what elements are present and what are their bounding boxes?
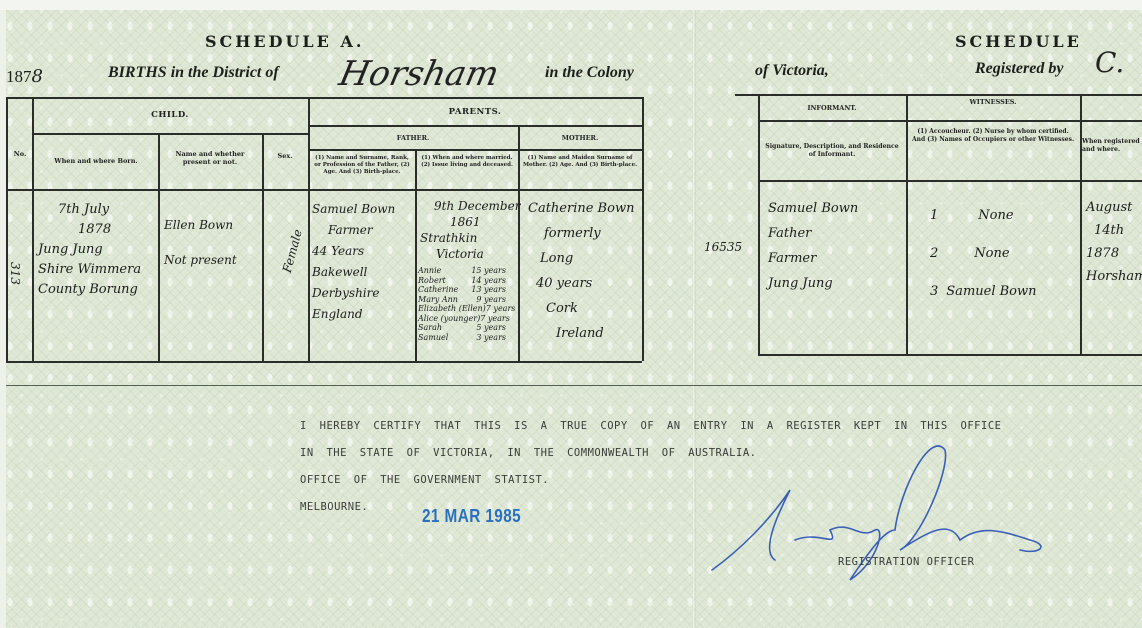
marriage-year: 1861: [420, 214, 520, 230]
registered-day: 14th: [1086, 219, 1142, 242]
issue-age: 3 years: [476, 333, 506, 343]
col-header-informant: INFORMANT.: [758, 104, 906, 112]
informant-occupation: Farmer: [768, 246, 858, 271]
issue-item: Sarah5 years: [418, 323, 506, 333]
right-table-bottom: [758, 354, 1142, 356]
issue-item: Alice (younger)7 years: [418, 314, 506, 324]
birth-date-place: 7th July 1878 Jung Jung Shire Wimmera Co…: [38, 200, 141, 300]
father-birthplace-town: Bakewell: [312, 262, 395, 283]
col-header-marriage: (1) When and where married. (2) Issue li…: [418, 155, 516, 169]
issue-name: Annie: [418, 266, 441, 276]
issue-name: Elizabeth (Ellen): [418, 304, 486, 314]
child-name-present: Ellen Bown Not present: [164, 216, 237, 270]
registered-year: 1878: [1086, 242, 1142, 265]
table-top-border: [6, 97, 642, 99]
issue-name: Mary Ann: [418, 295, 458, 305]
birth-shire: Shire Wimmera: [38, 260, 141, 280]
right-divider: [758, 120, 1142, 122]
birth-place: Jung Jung: [38, 240, 141, 260]
col-line: [415, 149, 417, 361]
issue-name: Robert: [418, 276, 446, 286]
col-line: [906, 94, 908, 354]
witness-number: 2: [930, 246, 938, 261]
witnesses-list: 1None 2None 3Samuel Bown: [930, 197, 1037, 311]
victoria-label: of Victoria,: [755, 62, 829, 80]
issue-name: Alice (younger): [418, 314, 480, 324]
col-header-mother: MOTHER.: [518, 134, 642, 142]
father-birthplace-country: England: [312, 304, 395, 325]
col-header-child: CHILD.: [32, 110, 308, 121]
schedule-title-left: SCHEDULE A.: [205, 32, 364, 51]
col-line: [6, 97, 8, 361]
registered-by-label: Registered by: [975, 60, 1063, 78]
col-header-when-where-born: When and where Born.: [34, 157, 158, 165]
mother-maiden-name: Long: [528, 246, 634, 271]
marriage-place: Strathkin: [420, 230, 520, 246]
paper-fold: [693, 10, 696, 628]
mother-name: Catherine Bown: [528, 196, 634, 221]
header-bottom-border: [6, 189, 642, 191]
issue-item: Mary Ann9 years: [418, 295, 506, 305]
entry-number: 313: [5, 262, 24, 285]
birth-year: 1878: [38, 220, 141, 240]
col-header-father: FATHER.: [308, 134, 518, 142]
year-printed: 187: [6, 67, 32, 86]
informant-details: Samuel Bown Father Farmer Jung Jung: [768, 196, 858, 296]
child-present: Not present: [164, 251, 237, 270]
col-header-mother-details: (1) Name and Maiden Surname of Mother. (…: [521, 155, 639, 169]
col-line: [642, 97, 644, 361]
mother-birthplace-city: Cork: [528, 296, 634, 321]
col-header-parents: PARENTS.: [308, 107, 642, 118]
child-divider: [32, 133, 308, 135]
birth-county: County Borung: [38, 280, 141, 300]
witness-name: Samuel Bown: [946, 284, 1036, 299]
issue-name: Catherine: [418, 285, 458, 295]
issue-item: Elizabeth (Ellen)7 years: [418, 304, 506, 314]
issue-list: Annie15 years Robert14 years Catherine13…: [418, 266, 506, 342]
issue-item: Robert14 years: [418, 276, 506, 286]
registrar-initial: C.: [1095, 46, 1124, 79]
father-mother-divider: [308, 149, 642, 151]
issue-age: 14 years: [471, 276, 506, 286]
issue-item: Samuel3 years: [418, 333, 506, 343]
col-line: [262, 133, 264, 361]
right-header-bottom: [758, 180, 1142, 182]
colony-label: in the Colony: [545, 64, 634, 82]
year: 1878: [6, 66, 43, 87]
informant-residence: Jung Jung: [768, 271, 858, 296]
col-line: [158, 133, 160, 361]
year-handwritten: 8: [32, 66, 43, 87]
col-header-father-details: (1) Name and Surname, Rank, or Professio…: [311, 155, 413, 176]
witness-number: 3: [930, 284, 938, 299]
informant-name: Samuel Bown: [768, 196, 858, 221]
registered-month: August: [1086, 196, 1142, 219]
col-line: [1080, 94, 1082, 354]
witness-item: 1None: [930, 197, 1037, 235]
col-header-informant-details: Signature, Description, and Residence of…: [765, 143, 899, 159]
births-label: BIRTHS in the District of: [108, 64, 279, 82]
date-stamp: 21 MAR 1985: [422, 506, 521, 527]
father-name: Samuel Bown: [312, 199, 395, 220]
col-line: [32, 97, 34, 361]
issue-name: Samuel: [418, 333, 448, 343]
father-birthplace-county: Derbyshire: [312, 283, 395, 304]
child-name: Ellen Bown: [164, 216, 237, 235]
col-header-witnesses: WITNESSES.: [906, 98, 1080, 106]
parents-divider: [308, 125, 642, 127]
mother-birthplace-country: Ireland: [528, 321, 634, 346]
col-header-sex: Sex.: [262, 152, 308, 160]
issue-age: 9 years: [476, 295, 506, 305]
register-number: 16535: [704, 238, 742, 257]
registration-officer-title: REGISTRATION OFFICER: [838, 556, 974, 568]
issue-item: Catherine13 years: [418, 285, 506, 295]
col-header-no: No.: [8, 150, 32, 158]
issue-name: Sarah: [418, 323, 442, 333]
mother-age: 40 years: [528, 271, 634, 296]
witness-number: 1: [930, 208, 938, 223]
mother-formerly: formerly: [528, 221, 634, 246]
birth-date: 7th July: [38, 200, 141, 220]
registration-details: August 14th 1878 Horsham: [1086, 196, 1142, 288]
marriage-date: 9th December: [420, 198, 520, 214]
col-header-witnesses-details: (1) Accoucheur. (2) Nurse by whom certif…: [910, 128, 1076, 143]
col-header-name-present: Name and whether present or not.: [164, 150, 256, 167]
witness-name: None: [974, 246, 1009, 261]
issue-age: 7 years: [480, 314, 510, 324]
mother-details: Catherine Bown formerly Long 40 years Co…: [528, 196, 634, 346]
witness-item: 2None: [930, 235, 1037, 273]
issue-age: 7 years: [486, 304, 516, 314]
witness-name: None: [978, 208, 1013, 223]
father-details: Samuel Bown Farmer 44 Years Bakewell Der…: [312, 199, 395, 325]
table-bottom-border: [6, 361, 642, 363]
section-divider: [6, 385, 1142, 386]
schedule-title-right: SCHEDULE: [955, 32, 1082, 51]
issue-item: Annie15 years: [418, 266, 506, 276]
col-line: [758, 94, 760, 354]
informant-relation: Father: [768, 221, 858, 246]
witness-item: 3Samuel Bown: [930, 273, 1037, 311]
marriage-details: 9th December 1861 Strathkin Victoria: [420, 198, 520, 262]
registered-place: Horsham: [1086, 265, 1142, 288]
col-header-when-registered: When registered and where.: [1082, 138, 1142, 154]
issue-age: 5 years: [476, 323, 506, 333]
marriage-colony: Victoria: [420, 246, 520, 262]
father-age: 44 Years: [312, 241, 395, 262]
father-occupation: Farmer: [312, 220, 395, 241]
issue-age: 13 years: [471, 285, 506, 295]
district-name: Horsham: [336, 54, 503, 94]
issue-age: 15 years: [471, 266, 506, 276]
